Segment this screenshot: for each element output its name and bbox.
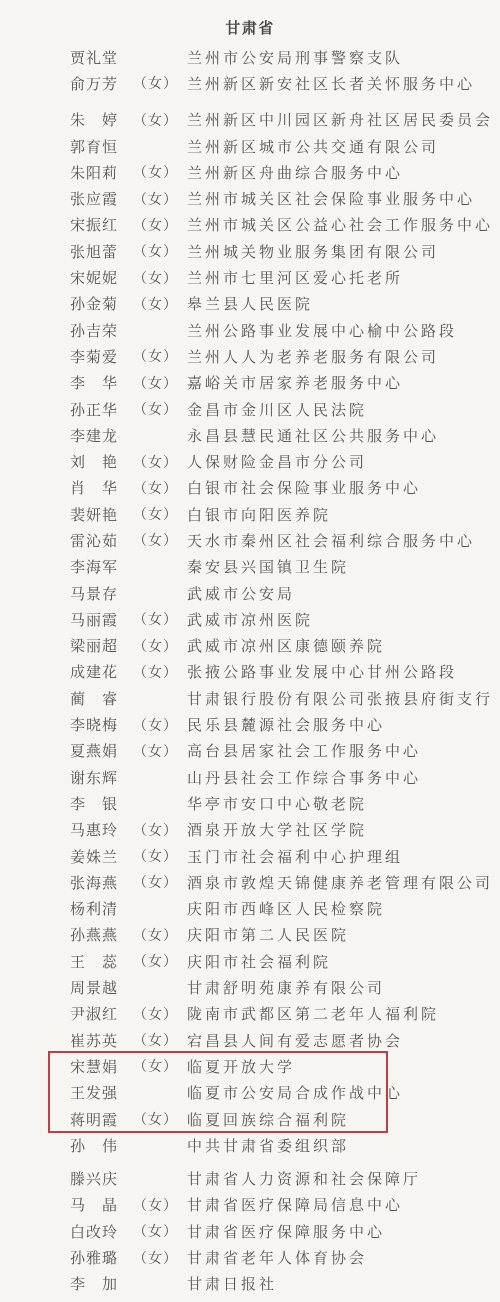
- organization-name: 兰州新区中川园区新舟社区居民委员会: [187, 109, 500, 130]
- list-row: 雷沁茹 （女） 天水市秦州区社会福利综合服务中心: [0, 527, 500, 553]
- person-name: 雷沁茹: [70, 530, 133, 551]
- gender-label: （女）: [133, 1056, 187, 1076]
- organization-name: 甘肃省医疗保障服务中心: [187, 1221, 500, 1242]
- gender-label: （女）: [133, 715, 187, 735]
- person-name: 李 加: [70, 1273, 133, 1294]
- person-name: 蒋明霞: [70, 1109, 133, 1130]
- organization-name: 兰州新区城市公共交通有限公司: [187, 136, 500, 157]
- organization-name: 玉门市社会福利中心护理组: [187, 846, 500, 867]
- person-name: 尹淑红: [70, 1003, 133, 1024]
- organization-name: 兰州市公安局刑事警察支队: [187, 47, 500, 68]
- list-row: 王 蕊 （女） 庆阳市社会福利院: [0, 948, 500, 974]
- gender-label: （女）: [133, 1030, 187, 1050]
- person-name: 郭育恒: [70, 136, 133, 157]
- list-row: 张旭蕾 （女） 兰州城关物业服务集团有限公司: [0, 238, 500, 264]
- gender-label: （女）: [133, 241, 187, 261]
- organization-name: 华亭市安口中心敬老院: [187, 793, 500, 814]
- person-name: 贾礼堂: [70, 47, 133, 68]
- organization-name: 甘肃省老年人体育协会: [187, 1247, 500, 1268]
- person-name: 姜姝兰: [70, 846, 133, 867]
- gender-label: （女）: [133, 373, 187, 393]
- gender-label: （女）: [133, 399, 187, 419]
- list-row: 朱阳莉 （女） 兰州新区舟曲综合服务中心: [0, 159, 500, 185]
- person-name: 孙金菊: [70, 293, 133, 314]
- organization-name: 永昌县慧民通社区公共服务中心: [187, 425, 500, 446]
- person-name: 俞万芳: [70, 73, 133, 94]
- list-row: 俞万芳 （女） 兰州新区新安社区长者关怀服务中心: [0, 70, 500, 96]
- person-name: 滕兴庆: [70, 1168, 133, 1189]
- list-row: 宋妮妮 （女） 兰州市七里河区爱心托老所: [0, 264, 500, 290]
- list-row: 姜姝兰 （女） 玉门市社会福利中心护理组: [0, 843, 500, 869]
- organization-name: 甘肃省人力资源和社会保障厅: [187, 1168, 500, 1189]
- list-row: 孙吉荣 兰州公路事业发展中心榆中公路段: [0, 317, 500, 343]
- organization-name: 庆阳市西峰区人民检察院: [187, 898, 500, 919]
- list-row: 朱 婷 （女） 兰州新区中川园区新舟社区居民委员会: [0, 107, 500, 133]
- gender-label: （女）: [133, 478, 187, 498]
- list-row: 宋振红 （女） 兰州市城关区公益心社会工作服务中心: [0, 212, 500, 238]
- person-name: 宋妮妮: [70, 267, 133, 288]
- organization-name: 白银市社会保险事业服务中心: [187, 477, 500, 498]
- organization-name: 兰州公路事业发展中心榆中公路段: [187, 320, 500, 341]
- person-name: 张应霞: [70, 188, 133, 209]
- person-name: 张海燕: [70, 872, 133, 893]
- gender-label: （女）: [133, 294, 187, 314]
- list-row: 孙金菊 （女） 皋兰县人民医院: [0, 291, 500, 317]
- person-name: 肖 华: [70, 477, 133, 498]
- person-name: 周景越: [70, 977, 133, 998]
- list-section-gap: [0, 97, 500, 107]
- organization-name: 白银市向阳医养院: [187, 504, 500, 525]
- gender-label: （女）: [133, 1004, 187, 1024]
- person-name: 裴妍艳: [70, 504, 133, 525]
- gender-label: （女）: [133, 636, 187, 656]
- list-row: 李 银 华亭市安口中心敬老院: [0, 790, 500, 816]
- person-name: 孙正华: [70, 399, 133, 420]
- list-row: 王发强 临夏市公安局合成作战中心: [0, 1080, 500, 1106]
- organization-name: 兰州市城关区社会保险事业服务中心: [187, 188, 500, 209]
- person-name: 宋振红: [70, 214, 133, 235]
- gender-label: （女）: [133, 820, 187, 840]
- list-row: 李海军 秦安县兴国镇卫生院: [0, 554, 500, 580]
- organization-name: 皋兰县人民医院: [187, 293, 500, 314]
- gender-label: （女）: [133, 452, 187, 472]
- organization-name: 中共甘肃省委组织部: [187, 1135, 500, 1156]
- list-section-gap: [0, 1158, 500, 1165]
- list-row: 孙正华 （女） 金昌市金川区人民法院: [0, 396, 500, 422]
- gender-label: （女）: [133, 530, 187, 550]
- document-page: 甘肃省 贾礼堂 兰州市公安局刑事警察支队 俞万芳 （女） 兰州新区新安社区长者关…: [0, 0, 500, 1302]
- organization-name: 酒泉开放大学社区学院: [187, 819, 500, 840]
- organization-name: 秦安县兴国镇卫生院: [187, 556, 500, 577]
- gender-label: （女）: [133, 951, 187, 971]
- gender-label: （女）: [133, 189, 187, 209]
- gender-label: （女）: [133, 741, 187, 761]
- person-name: 李菊爱: [70, 346, 133, 367]
- organization-name: 兰州市城关区公益心社会工作服务中心: [187, 214, 500, 235]
- list-row: 宋慧娟 （女） 临夏开放大学: [0, 1053, 500, 1079]
- organization-name: 兰州新区新安社区长者关怀服务中心: [187, 73, 500, 94]
- list-row: 马 晶 （女） 甘肃省医疗保障局信息中心: [0, 1192, 500, 1218]
- list-row: 郭育恒 兰州新区城市公共交通有限公司: [0, 133, 500, 159]
- person-name: 孙燕燕: [70, 924, 133, 945]
- person-name: 马景存: [70, 583, 133, 604]
- person-name: 孙吉荣: [70, 320, 133, 341]
- person-name: 朱 婷: [70, 109, 133, 130]
- organization-name: 庆阳市社会福利院: [187, 951, 500, 972]
- list-row: 马丽霞 （女） 武威市凉州医院: [0, 606, 500, 632]
- person-name: 蔺 睿: [70, 688, 133, 709]
- organization-name: 嘉峪关市居家养老服务中心: [187, 372, 500, 393]
- organization-name: 兰州人人为老养老服务有限公司: [187, 346, 500, 367]
- person-name: 王 蕊: [70, 951, 133, 972]
- list-row: 贾礼堂 兰州市公安局刑事警察支队: [0, 44, 500, 70]
- gender-label: （女）: [133, 215, 187, 235]
- organization-name: 甘肃省医疗保障局信息中心: [187, 1194, 500, 1215]
- gender-label: （女）: [133, 268, 187, 288]
- organization-name: 高台县居家社会工作服务中心: [187, 740, 500, 761]
- organization-name: 民乐县麓源社会服务中心: [187, 714, 500, 735]
- list-row: 裴妍艳 （女） 白银市向阳医养院: [0, 501, 500, 527]
- list-row: 肖 华 （女） 白银市社会保险事业服务中心: [0, 475, 500, 501]
- person-name: 成建花: [70, 661, 133, 682]
- list-row: 李晓梅 （女） 民乐县麓源社会服务中心: [0, 711, 500, 737]
- list-row: 夏燕娟 （女） 高台县居家社会工作服务中心: [0, 738, 500, 764]
- organization-name: 宕昌县人间有爱志愿者协会: [187, 1030, 500, 1051]
- gender-label: （女）: [133, 1195, 187, 1215]
- list-row: 杨利清 庆阳市西峰区人民检察院: [0, 896, 500, 922]
- person-name: 王发强: [70, 1082, 133, 1103]
- person-name: 马丽霞: [70, 609, 133, 630]
- person-name: 刘 艳: [70, 451, 133, 472]
- gender-label: （女）: [133, 609, 187, 629]
- organization-name: 金昌市金川区人民法院: [187, 399, 500, 420]
- organization-name: 临夏市公安局合成作战中心: [187, 1082, 500, 1103]
- organization-name: 临夏回族综合福利院: [187, 1109, 500, 1130]
- list-row: 李 加 甘肃日报社: [0, 1271, 500, 1297]
- person-name: 马惠玲: [70, 819, 133, 840]
- list-row: 李建龙 永昌县慧民通社区公共服务中心: [0, 422, 500, 448]
- person-name: 孙雅璐: [70, 1247, 133, 1268]
- gender-label: （女）: [133, 110, 187, 130]
- gender-label: （女）: [133, 872, 187, 892]
- list-row: 蔺 睿 甘肃银行股份有限公司张掖县府街支行: [0, 685, 500, 711]
- person-name: 李建龙: [70, 425, 133, 446]
- list-row: 蒋明霞 （女） 临夏回族综合福利院: [0, 1106, 500, 1132]
- organization-name: 人保财险金昌市分公司: [187, 451, 500, 472]
- organization-name: 张掖公路事业发展中心甘州公路段: [187, 661, 500, 682]
- gender-label: （女）: [133, 504, 187, 524]
- list-row: 白改玲 （女） 甘肃省医疗保障服务中心: [0, 1218, 500, 1244]
- person-name: 李 银: [70, 793, 133, 814]
- person-name: 李晓梅: [70, 714, 133, 735]
- organization-name: 陇南市武都区第二老年人福利院: [187, 1003, 500, 1024]
- list-row: 刘 艳 （女） 人保财险金昌市分公司: [0, 448, 500, 474]
- organization-name: 武威市凉州医院: [187, 609, 500, 630]
- recipients-list: 贾礼堂 兰州市公安局刑事警察支队 俞万芳 （女） 兰州新区新安社区长者关怀服务中…: [0, 44, 500, 1297]
- organization-name: 甘肃舒明苑康养有限公司: [187, 977, 500, 998]
- person-name: 李 华: [70, 372, 133, 393]
- gender-label: （女）: [133, 73, 187, 93]
- gender-label: （女）: [133, 1109, 187, 1129]
- list-row: 马惠玲 （女） 酒泉开放大学社区学院: [0, 817, 500, 843]
- list-row: 李菊爱 （女） 兰州人人为老养老服务有限公司: [0, 343, 500, 369]
- person-name: 朱阳莉: [70, 162, 133, 183]
- list-row: 孙燕燕 （女） 庆阳市第二人民医院: [0, 922, 500, 948]
- person-name: 谢东辉: [70, 767, 133, 788]
- gender-label: （女）: [133, 162, 187, 182]
- gender-label: （女）: [133, 1248, 187, 1268]
- organization-name: 兰州城关物业服务集团有限公司: [187, 241, 500, 262]
- list-row: 张应霞 （女） 兰州市城关区社会保险事业服务中心: [0, 185, 500, 211]
- person-name: 夏燕娟: [70, 740, 133, 761]
- gender-label: （女）: [133, 662, 187, 682]
- person-name: 崔苏英: [70, 1030, 133, 1051]
- list-row: 周景越 甘肃舒明苑康养有限公司: [0, 974, 500, 1000]
- list-row: 梁丽超 （女） 武威市凉州区康德颐养院: [0, 633, 500, 659]
- person-name: 白改玲: [70, 1221, 133, 1242]
- organization-name: 甘肃日报社: [187, 1273, 500, 1294]
- list-row: 李 华 （女） 嘉峪关市居家养老服务中心: [0, 370, 500, 396]
- organization-name: 甘肃银行股份有限公司张掖县府街支行: [187, 688, 500, 709]
- person-name: 马 晶: [70, 1194, 133, 1215]
- organization-name: 山丹县社会工作综合事务中心: [187, 767, 500, 788]
- organization-name: 兰州新区舟曲综合服务中心: [187, 162, 500, 183]
- organization-name: 临夏开放大学: [187, 1056, 500, 1077]
- person-name: 孙 伟: [70, 1135, 133, 1156]
- organization-name: 武威市凉州区康德颐养院: [187, 635, 500, 656]
- list-row: 孙雅璐 （女） 甘肃省老年人体育协会: [0, 1244, 500, 1270]
- list-row: 谢东辉 山丹县社会工作综合事务中心: [0, 764, 500, 790]
- gender-label: （女）: [133, 925, 187, 945]
- list-row: 尹淑红 （女） 陇南市武都区第二老年人福利院: [0, 1001, 500, 1027]
- organization-name: 庆阳市第二人民医院: [187, 924, 500, 945]
- highlight-box: 宋慧娟 （女） 临夏开放大学 王发强 临夏市公安局合成作战中心 蒋明霞 （女） …: [0, 1053, 500, 1132]
- list-row: 马景存 武威市公安局: [0, 580, 500, 606]
- list-row: 成建花 （女） 张掖公路事业发展中心甘州公路段: [0, 659, 500, 685]
- gender-label: （女）: [133, 346, 187, 366]
- organization-name: 天水市秦州区社会福利综合服务中心: [187, 530, 500, 551]
- organization-name: 酒泉市敦煌天锦健康养老管理有限公司: [187, 872, 500, 893]
- person-name: 李海军: [70, 556, 133, 577]
- list-row: 崔苏英 （女） 宕昌县人间有爱志愿者协会: [0, 1027, 500, 1053]
- gender-label: （女）: [133, 1221, 187, 1241]
- list-row: 孙 伟 中共甘肃省委组织部: [0, 1132, 500, 1158]
- person-name: 宋慧娟: [70, 1056, 133, 1077]
- list-row: 滕兴庆 甘肃省人力资源和社会保障厅: [0, 1165, 500, 1191]
- province-title: 甘肃省: [0, 0, 500, 38]
- list-row: 张海燕 （女） 酒泉市敦煌天锦健康养老管理有限公司: [0, 869, 500, 895]
- organization-name: 武威市公安局: [187, 583, 500, 604]
- organization-name: 兰州市七里河区爱心托老所: [187, 267, 500, 288]
- gender-label: （女）: [133, 846, 187, 866]
- person-name: 杨利清: [70, 898, 133, 919]
- person-name: 梁丽超: [70, 635, 133, 656]
- person-name: 张旭蕾: [70, 241, 133, 262]
